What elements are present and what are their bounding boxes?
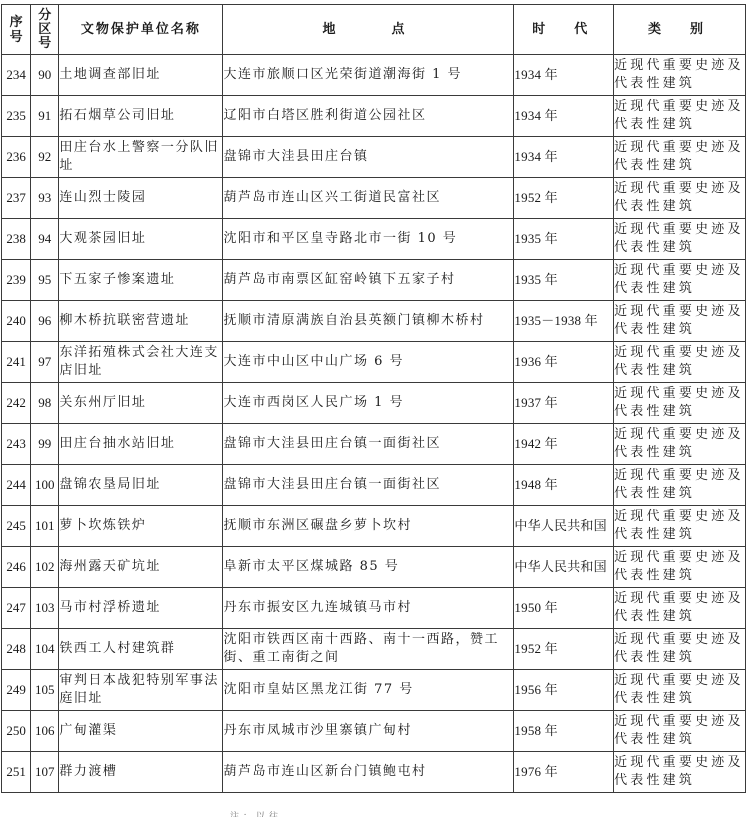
- location-cell: 辽阳市白塔区胜利街道公园社区: [223, 96, 514, 137]
- era-cell: 1956 年: [514, 670, 614, 711]
- location-cell: 沈阳市皇姑区黑龙江街 77 号: [223, 670, 514, 711]
- location-cell: 抚顺市东洲区碾盘乡萝卜坎村: [223, 506, 514, 547]
- name-cell: 下五家子惨案遗址: [59, 260, 223, 301]
- category-cell: 近现代重要史迹及代表性建筑: [614, 752, 746, 793]
- seq-cell: 238: [2, 219, 31, 260]
- table-row: 23591拓石烟草公司旧址辽阳市白塔区胜利街道公园社区1934 年近现代重要史迹…: [2, 96, 746, 137]
- era-cell: 1950 年: [514, 588, 614, 629]
- era-cell: 1937 年: [514, 383, 614, 424]
- location-cell: 葫芦岛市南票区缸窑岭镇下五家子村: [223, 260, 514, 301]
- sub-seq-cell: 105: [31, 670, 59, 711]
- table-row: 23692田庄台水上警察一分队旧址盘锦市大洼县田庄台镇1934 年近现代重要史迹…: [2, 137, 746, 178]
- table-row: 246102海州露天矿坑址阜新市太平区煤城路 85 号中华人民共和国近现代重要史…: [2, 547, 746, 588]
- location-cell: 葫芦岛市连山区兴工街道民富社区: [223, 178, 514, 219]
- header-name: 文物保护单位名称: [59, 5, 223, 55]
- table-row: 23894大观茶园旧址沈阳市和平区皇寺路北市一街 10 号1935 年近现代重要…: [2, 219, 746, 260]
- location-cell: 丹东市振安区九连城镇马市村: [223, 588, 514, 629]
- category-cell: 近现代重要史迹及代表性建筑: [614, 96, 746, 137]
- header-era: 时 代: [514, 5, 614, 55]
- seq-cell: 248: [2, 629, 31, 670]
- table-row: 24298关东州厅旧址大连市西岗区人民广场 1 号1937 年近现代重要史迹及代…: [2, 383, 746, 424]
- location-cell: 丹东市凤城市沙里寨镇广甸村: [223, 711, 514, 752]
- header-sub-seq-label: 分区号: [38, 9, 52, 51]
- name-cell: 拓石烟草公司旧址: [59, 96, 223, 137]
- category-cell: 近现代重要史迹及代表性建筑: [614, 670, 746, 711]
- era-cell: 1934 年: [514, 96, 614, 137]
- table-row: 24399田庄台抽水站旧址盘锦市大洼县田庄台镇一面街社区1942 年近现代重要史…: [2, 424, 746, 465]
- table-row: 249105审判日本战犯特别军事法庭旧址沈阳市皇姑区黑龙江街 77 号1956 …: [2, 670, 746, 711]
- seq-cell: 249: [2, 670, 31, 711]
- seq-cell: 245: [2, 506, 31, 547]
- seq-cell: 236: [2, 137, 31, 178]
- category-cell: 近现代重要史迹及代表性建筑: [614, 219, 746, 260]
- category-cell: 近现代重要史迹及代表性建筑: [614, 55, 746, 96]
- table-row: 23793连山烈士陵园葫芦岛市连山区兴工街道民富社区1952 年近现代重要史迹及…: [2, 178, 746, 219]
- location-cell: 沈阳市和平区皇寺路北市一街 10 号: [223, 219, 514, 260]
- page-footnote-cutoff: 注：以往…: [230, 810, 295, 817]
- sub-seq-cell: 100: [31, 465, 59, 506]
- seq-cell: 246: [2, 547, 31, 588]
- category-cell: 近现代重要史迹及代表性建筑: [614, 260, 746, 301]
- header-category: 类 别: [614, 5, 746, 55]
- sub-seq-cell: 93: [31, 178, 59, 219]
- category-cell: 近现代重要史迹及代表性建筑: [614, 547, 746, 588]
- sub-seq-cell: 91: [31, 96, 59, 137]
- sub-seq-cell: 92: [31, 137, 59, 178]
- name-cell: 东洋拓殖株式会社大连支店旧址: [59, 342, 223, 383]
- era-cell: 中华人民共和国: [514, 506, 614, 547]
- location-cell: 大连市旅顺口区光荣街道潮海街 1 号: [223, 55, 514, 96]
- category-cell: 近现代重要史迹及代表性建筑: [614, 178, 746, 219]
- seq-cell: 235: [2, 96, 31, 137]
- table-row: 23995下五家子惨案遗址葫芦岛市南票区缸窑岭镇下五家子村1935 年近现代重要…: [2, 260, 746, 301]
- sub-seq-cell: 104: [31, 629, 59, 670]
- header-location-label: 地 点: [322, 22, 414, 37]
- table-row: 245101萝卜坎炼铁炉抚顺市东洲区碾盘乡萝卜坎村中华人民共和国近现代重要史迹及…: [2, 506, 746, 547]
- heritage-sites-table: 序号 分区号 文物保护单位名称 地 点 时 代 类 别 23490土地调查部旧址…: [1, 4, 746, 793]
- category-cell: 近现代重要史迹及代表性建筑: [614, 301, 746, 342]
- name-cell: 广甸灌渠: [59, 711, 223, 752]
- era-cell: 1934 年: [514, 55, 614, 96]
- table-row: 250106广甸灌渠丹东市凤城市沙里寨镇广甸村1958 年近现代重要史迹及代表性…: [2, 711, 746, 752]
- era-cell: 中华人民共和国: [514, 547, 614, 588]
- category-cell: 近现代重要史迹及代表性建筑: [614, 711, 746, 752]
- name-cell: 田庄台抽水站旧址: [59, 424, 223, 465]
- sub-seq-cell: 102: [31, 547, 59, 588]
- sub-seq-cell: 106: [31, 711, 59, 752]
- name-cell: 土地调查部旧址: [59, 55, 223, 96]
- name-cell: 马市村浮桥遗址: [59, 588, 223, 629]
- seq-cell: 234: [2, 55, 31, 96]
- name-cell: 海州露天矿坑址: [59, 547, 223, 588]
- table-row: 251107群力渡槽葫芦岛市连山区新台门镇鲍屯村1976 年近现代重要史迹及代表…: [2, 752, 746, 793]
- seq-cell: 244: [2, 465, 31, 506]
- era-cell: 1952 年: [514, 178, 614, 219]
- category-cell: 近现代重要史迹及代表性建筑: [614, 342, 746, 383]
- name-cell: 田庄台水上警察一分队旧址: [59, 137, 223, 178]
- location-cell: 大连市中山区中山广场 6 号: [223, 342, 514, 383]
- sub-seq-cell: 95: [31, 260, 59, 301]
- seq-cell: 240: [2, 301, 31, 342]
- location-cell: 大连市西岗区人民广场 1 号: [223, 383, 514, 424]
- table-row: 248104铁西工人村建筑群沈阳市铁西区南十西路、南十一西路，赞工街、重工南街之…: [2, 629, 746, 670]
- era-cell: 1935 年: [514, 219, 614, 260]
- name-cell: 盘锦农垦局旧址: [59, 465, 223, 506]
- table-row: 23490土地调查部旧址大连市旅顺口区光荣街道潮海街 1 号1934 年近现代重…: [2, 55, 746, 96]
- sub-seq-cell: 103: [31, 588, 59, 629]
- era-cell: 1976 年: [514, 752, 614, 793]
- sub-seq-cell: 96: [31, 301, 59, 342]
- category-cell: 近现代重要史迹及代表性建筑: [614, 383, 746, 424]
- era-cell: 1935－1938 年: [514, 301, 614, 342]
- era-cell: 1958 年: [514, 711, 614, 752]
- category-cell: 近现代重要史迹及代表性建筑: [614, 465, 746, 506]
- category-cell: 近现代重要史迹及代表性建筑: [614, 629, 746, 670]
- name-cell: 柳木桥抗联密营遗址: [59, 301, 223, 342]
- category-cell: 近现代重要史迹及代表性建筑: [614, 424, 746, 465]
- era-cell: 1942 年: [514, 424, 614, 465]
- sub-seq-cell: 97: [31, 342, 59, 383]
- name-cell: 萝卜坎炼铁炉: [59, 506, 223, 547]
- header-era-label: 时 代: [532, 22, 595, 37]
- header-seq: 序号: [2, 5, 31, 55]
- seq-cell: 243: [2, 424, 31, 465]
- category-cell: 近现代重要史迹及代表性建筑: [614, 137, 746, 178]
- name-cell: 关东州厅旧址: [59, 383, 223, 424]
- table-body: 23490土地调查部旧址大连市旅顺口区光荣街道潮海街 1 号1934 年近现代重…: [2, 55, 746, 793]
- location-cell: 沈阳市铁西区南十西路、南十一西路，赞工街、重工南街之间: [223, 629, 514, 670]
- seq-cell: 239: [2, 260, 31, 301]
- seq-cell: 250: [2, 711, 31, 752]
- name-cell: 审判日本战犯特别军事法庭旧址: [59, 670, 223, 711]
- sub-seq-cell: 107: [31, 752, 59, 793]
- era-cell: 1952 年: [514, 629, 614, 670]
- header-category-label: 类 别: [648, 22, 711, 37]
- header-seq-label: 序号: [8, 15, 24, 45]
- era-cell: 1936 年: [514, 342, 614, 383]
- table-row: 244100盘锦农垦局旧址盘锦市大洼县田庄台镇一面街社区1948 年近现代重要史…: [2, 465, 746, 506]
- category-cell: 近现代重要史迹及代表性建筑: [614, 588, 746, 629]
- era-cell: 1948 年: [514, 465, 614, 506]
- header-location: 地 点: [223, 5, 514, 55]
- sub-seq-cell: 98: [31, 383, 59, 424]
- name-cell: 连山烈士陵园: [59, 178, 223, 219]
- sub-seq-cell: 101: [31, 506, 59, 547]
- name-cell: 群力渡槽: [59, 752, 223, 793]
- location-cell: 抚顺市清原满族自治县英额门镇柳木桥村: [223, 301, 514, 342]
- name-cell: 铁西工人村建筑群: [59, 629, 223, 670]
- seq-cell: 242: [2, 383, 31, 424]
- table-row: 247103马市村浮桥遗址丹东市振安区九连城镇马市村1950 年近现代重要史迹及…: [2, 588, 746, 629]
- location-cell: 阜新市太平区煤城路 85 号: [223, 547, 514, 588]
- table-header-row: 序号 分区号 文物保护单位名称 地 点 时 代 类 别: [2, 5, 746, 55]
- seq-cell: 241: [2, 342, 31, 383]
- location-cell: 盘锦市大洼县田庄台镇一面街社区: [223, 424, 514, 465]
- location-cell: 盘锦市大洼县田庄台镇一面街社区: [223, 465, 514, 506]
- era-cell: 1934 年: [514, 137, 614, 178]
- table-row: 24197东洋拓殖株式会社大连支店旧址大连市中山区中山广场 6 号1936 年近…: [2, 342, 746, 383]
- name-cell: 大观茶园旧址: [59, 219, 223, 260]
- sub-seq-cell: 90: [31, 55, 59, 96]
- header-name-label: 文物保护单位名称: [81, 22, 201, 37]
- sub-seq-cell: 99: [31, 424, 59, 465]
- seq-cell: 247: [2, 588, 31, 629]
- table-row: 24096柳木桥抗联密营遗址抚顺市清原满族自治县英额门镇柳木桥村1935－193…: [2, 301, 746, 342]
- location-cell: 盘锦市大洼县田庄台镇: [223, 137, 514, 178]
- sub-seq-cell: 94: [31, 219, 59, 260]
- seq-cell: 237: [2, 178, 31, 219]
- seq-cell: 251: [2, 752, 31, 793]
- location-cell: 葫芦岛市连山区新台门镇鲍屯村: [223, 752, 514, 793]
- era-cell: 1935 年: [514, 260, 614, 301]
- header-sub-seq: 分区号: [31, 5, 59, 55]
- category-cell: 近现代重要史迹及代表性建筑: [614, 506, 746, 547]
